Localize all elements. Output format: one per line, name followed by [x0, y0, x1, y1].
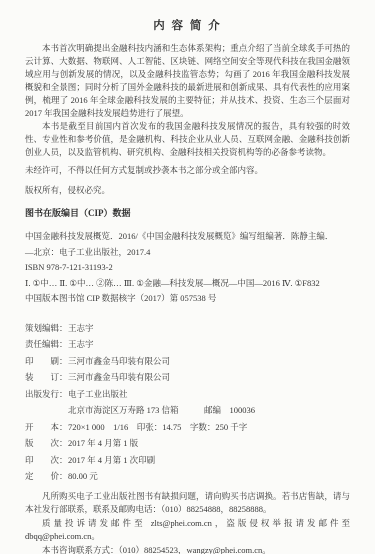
- colophon-label: [25, 402, 68, 419]
- footer-paragraph-complaints: 质量投诉请发邮件至 zlts@phei.com.cn，盗版侵权举报请发邮件至 d…: [25, 517, 350, 544]
- copyright-notice: 未经许可，不得以任何方式复制或抄袭本书之部分或全部内容。 版权所有，侵权必究。: [25, 164, 350, 197]
- colophon-value: 2017 年 4 月第 1 次印刷: [68, 452, 155, 469]
- colophon-label: 装 订：: [25, 369, 68, 386]
- colophon-label: 策划编辑：: [25, 320, 68, 337]
- colophon-value: 北京市海淀区万寿路 173 信箱 邮编 100036: [68, 402, 255, 419]
- colophon-value: 王志宇: [68, 336, 94, 353]
- footer-paragraph-contact: 本书咨询联系方式：（010）88254523，wangzy@phei.com.c…: [25, 544, 350, 554]
- colophon-label: 出版发行：: [25, 386, 68, 403]
- colophon-row-format: 开 本： 720×1 000 1/16 印张：14.75 字数：250 千字: [25, 419, 350, 436]
- colophon-row-planning-editor: 策划编辑： 王志宇: [25, 320, 350, 337]
- cip-line-classification: Ⅰ. ①中… Ⅱ. ①中… ②陈… Ⅲ. ①金融—科技发展—概况—中国—2016…: [25, 276, 350, 292]
- colophon-value: 720×1 000 1/16 印张：14.75 字数：250 千字: [68, 419, 247, 436]
- footer-paragraph-exchange: 凡所购买电子工业出版社图书有缺损问题，请向购买书店调换。若书店售缺，请与本社发行…: [25, 490, 350, 517]
- permission-notice-line: 未经许可，不得以任何方式复制或抄袭本书之部分或全部内容。: [25, 164, 350, 177]
- colophon-row-address: 北京市海淀区万寿路 173 信箱 邮编 100036: [25, 402, 350, 419]
- colophon-row-binder: 装 订： 三河市鑫金马印装有限公司: [25, 369, 350, 386]
- rights-reserved-line: 版权所有，侵权必究。: [25, 184, 350, 197]
- colophon-value: 2017 年 4 月第 1 版: [68, 435, 138, 452]
- cip-line-isbn: ISBN 978-7-121-31193-2: [25, 260, 350, 276]
- colophon-row-impression: 印 次： 2017 年 4 月第 1 次印刷: [25, 452, 350, 469]
- colophon-value: 三河市鑫金马印装有限公司: [68, 369, 170, 386]
- colophon-value: 三河市鑫金马印装有限公司: [68, 353, 170, 370]
- colophon-row-price: 定 价： 80.00 元: [25, 468, 350, 485]
- colophon: 策划编辑： 王志宇 责任编辑： 王志宇 印 刷： 三河市鑫金马印装有限公司 装 …: [25, 320, 350, 485]
- colophon-row-responsible-editor: 责任编辑： 王志宇: [25, 336, 350, 353]
- colophon-value: 电子工业出版社: [68, 386, 128, 403]
- colophon-label: 印 刷：: [25, 353, 68, 370]
- colophon-label: 开 本：: [25, 419, 68, 436]
- cip-line-record-number: 中国版本图书馆 CIP 数据核字（2017）第 057538 号: [25, 291, 350, 307]
- content-summary: 本书首次明确提出金融科技内涵和生态体系架构；重点介绍了当前全球炙手可热的云计算、…: [25, 42, 350, 159]
- page-title: 内 容 简 介: [25, 20, 350, 33]
- colophon-row-publisher: 出版发行： 电子工业出版社: [25, 386, 350, 403]
- intro-paragraph: 本书首次明确提出金融科技内涵和生态体系架构；重点介绍了当前全球炙手可热的云计算、…: [25, 42, 350, 120]
- colophon-label: 责任编辑：: [25, 336, 68, 353]
- colophon-label: 定 价：: [25, 468, 68, 485]
- intro-paragraph: 本书是截至目前国内首次发布的我国金融科技发展情况的报告，具有较强的时效性、专业性…: [25, 120, 350, 159]
- colophon-value: 80.00 元: [68, 468, 98, 485]
- book-copyright-page: 内 容 简 介 本书首次明确提出金融科技内涵和生态体系架构；重点介绍了当前全球炙…: [0, 0, 375, 554]
- colophon-value: 王志宇: [68, 320, 94, 337]
- colophon-label: 印 次：: [25, 452, 68, 469]
- cip-data-block: 中国金融科技发展概览．2016/《中国金融科技发展概览》编写组编著．陈静主编． …: [25, 229, 350, 307]
- cip-heading: 图书在版编目（CIP）数据: [25, 207, 350, 220]
- colophon-row-printer: 印 刷： 三河市鑫金马印装有限公司: [25, 353, 350, 370]
- colophon-label: 版 次：: [25, 435, 68, 452]
- cip-line-title: 中国金融科技发展概览．2016/《中国金融科技发展概览》编写组编著．陈静主编．: [25, 229, 350, 245]
- cip-line-publisher: —北京：电子工业出版社，2017.4: [25, 245, 350, 261]
- service-notes: 凡所购买电子工业出版社图书有缺损问题，请向购买书店调换。若书店售缺，请与本社发行…: [25, 490, 350, 554]
- colophon-row-edition: 版 次： 2017 年 4 月第 1 版: [25, 435, 350, 452]
